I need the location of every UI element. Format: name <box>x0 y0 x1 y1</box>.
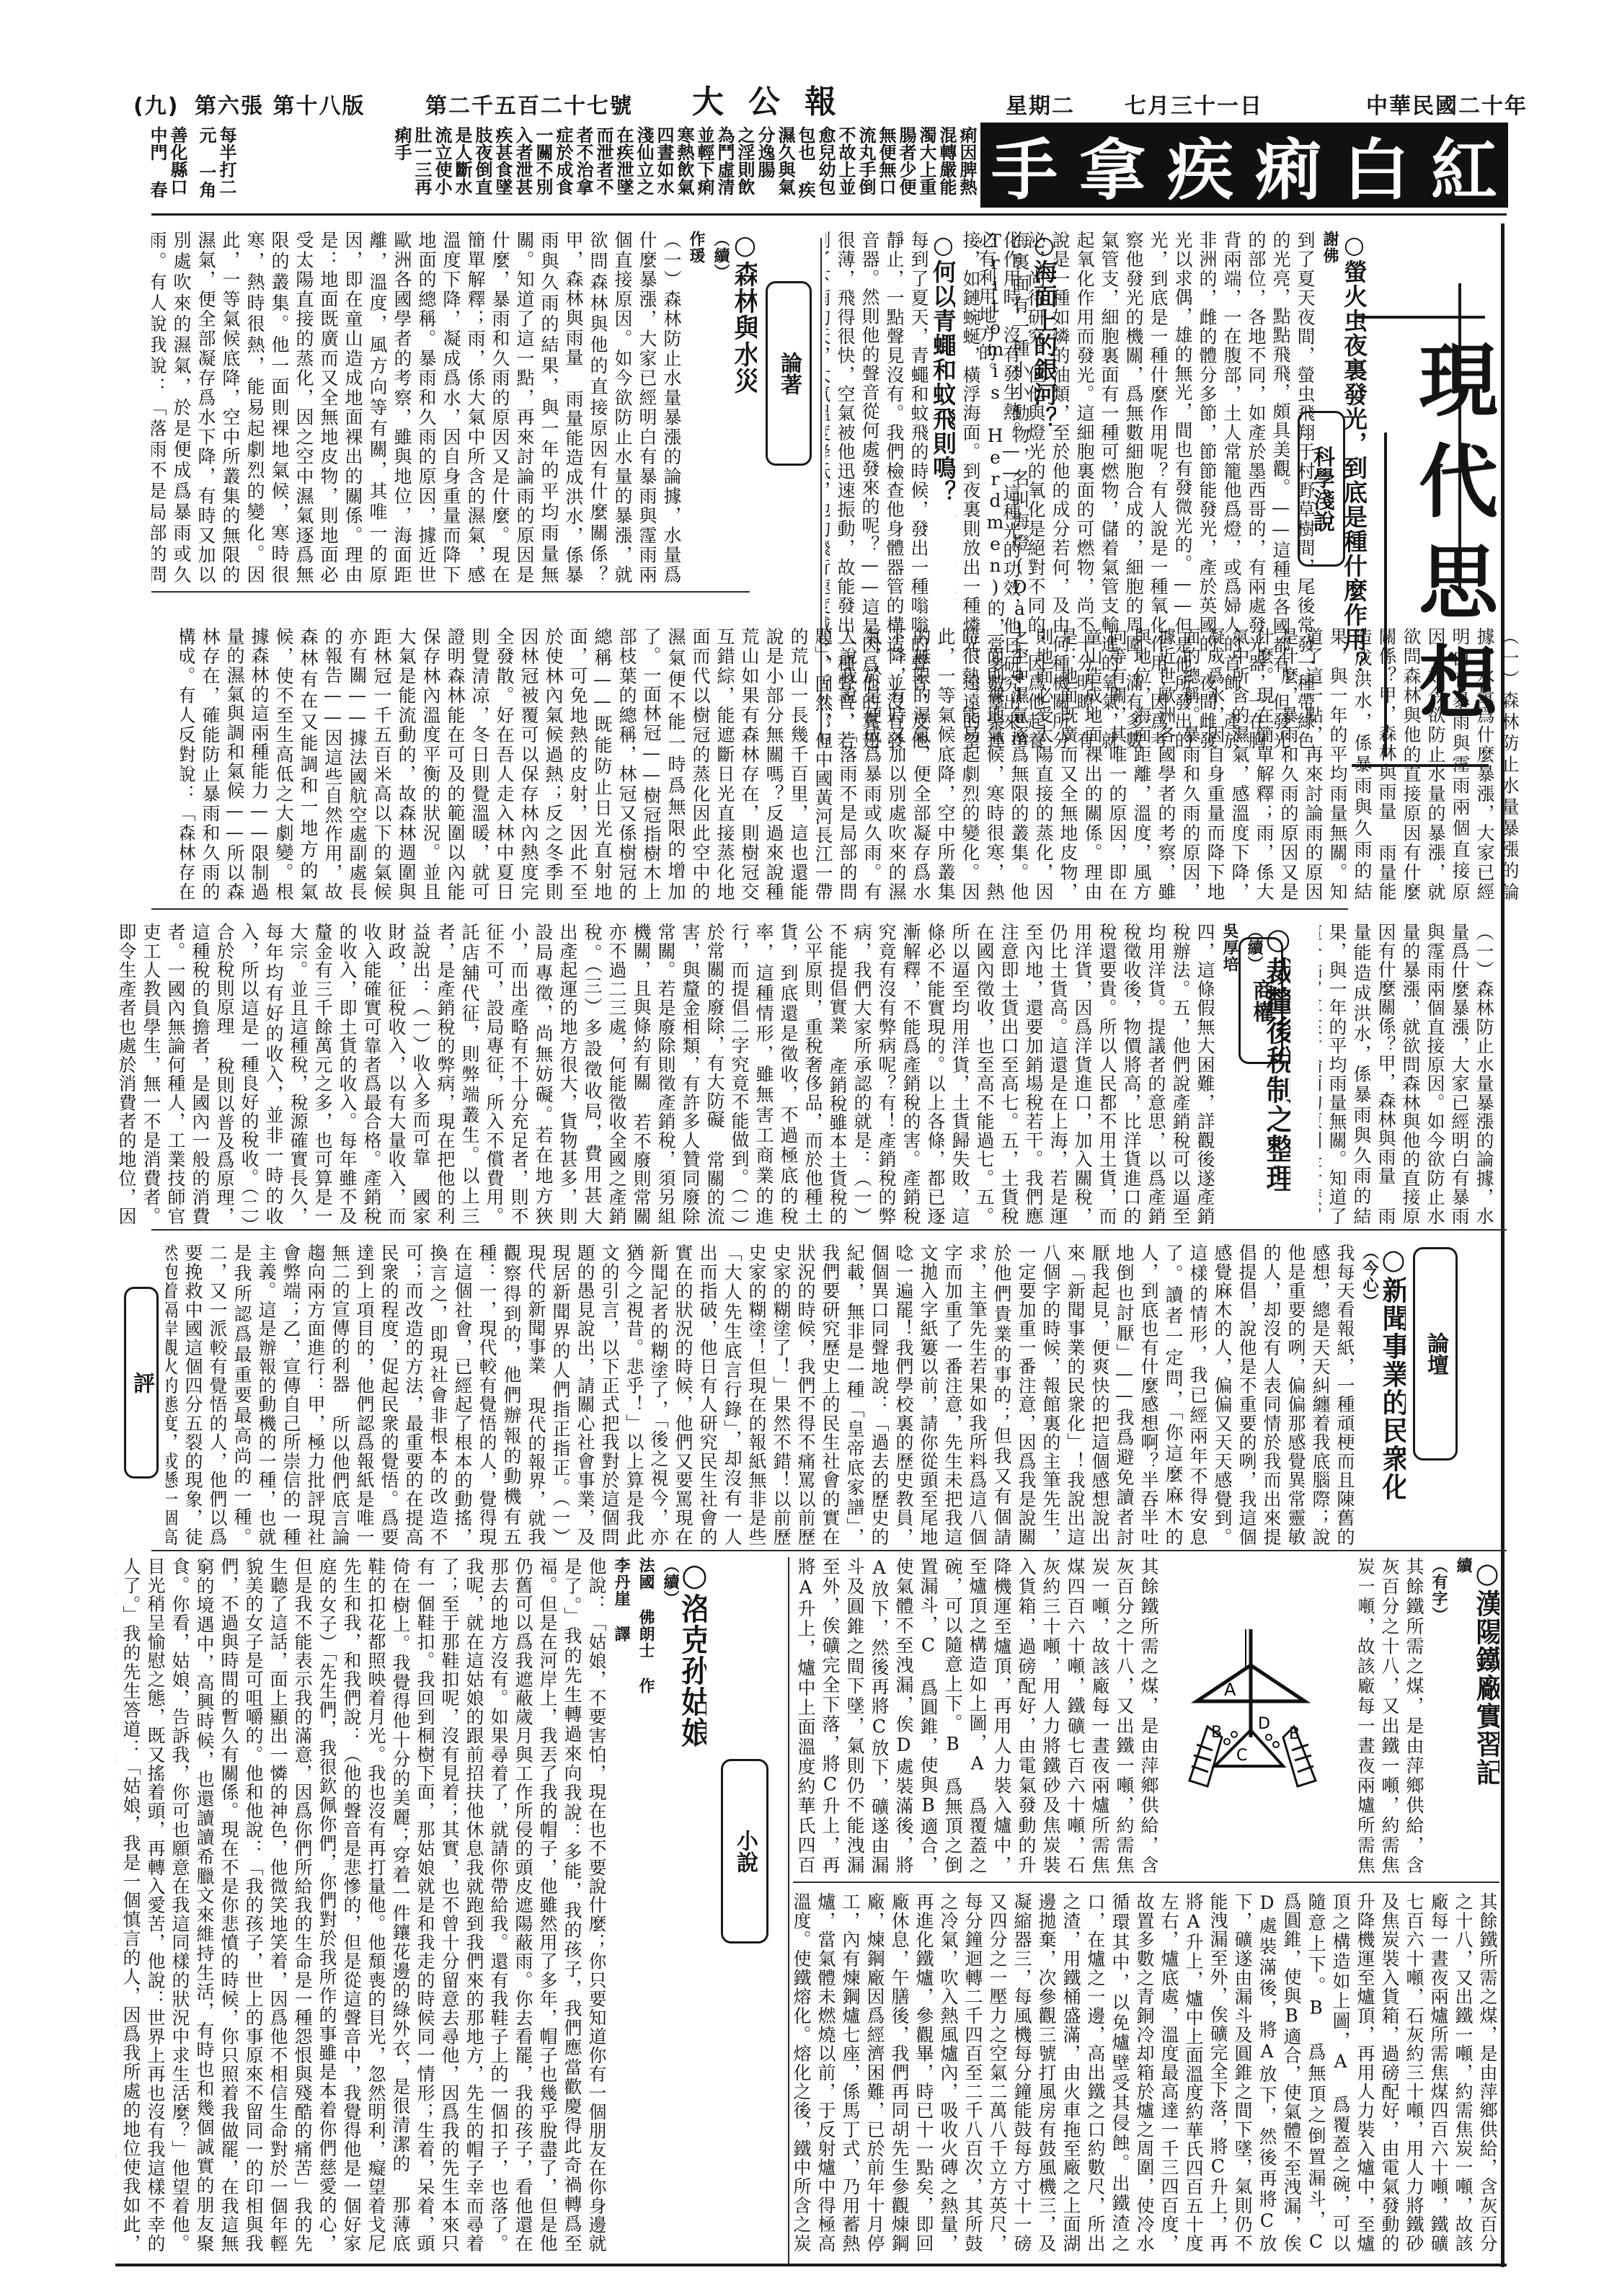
hanyang-row-divider <box>793 1881 1499 1883</box>
article-forest-tail: （一）森林防止水量暴漲的論據，水量爲什麼暴漲，大家已經明白有暴雨與霪雨兩個直接原… <box>1319 923 1496 1225</box>
article-news-body: 我每天看報紙，一種頑梗而且陳舊的感想，總是天天糾纏着我底腦際；說他是重要的咧，偏… <box>166 1244 1357 1546</box>
diagram-label-d: D <box>1258 1715 1270 1733</box>
article-tax-body: 四，這條假無大困難，詳觀後遂產銷稅辦法。五，他們說產銷稅可以逼至均用洋貨。提議者… <box>115 923 1217 1225</box>
diagram-label-c: C <box>1236 1747 1247 1765</box>
masthead-issue-no: 第二千五百二十七號 <box>425 88 633 120</box>
modern-thought-rule-top <box>1355 316 1485 319</box>
article-hanyang-lower: 其餘鐵所需之煤，是由萍鄉供給，含灰百分之十八，又出鐵一噸，約需焦炭一噸，故該廠每… <box>793 1892 1499 2253</box>
row-divider-3 <box>151 1229 1507 1231</box>
row-divider-2 <box>151 908 1348 910</box>
masthead-edition: (九) <box>133 88 179 120</box>
article-fiction-translator: 李丹崖 譯 <box>608 1557 633 2253</box>
article-hanyang-headline: ○漢陽鐵廠實習記 <box>1475 1557 1499 1874</box>
article-forest-body: （一）森林防止水量暴漲的論據，水量爲什麼暴漲，大家已經明白有暴雨與霪雨兩個直接原… <box>151 231 683 584</box>
blast-furnace-top-diagram: A C B D B <box>1168 1600 1355 1788</box>
bottom-border-rule <box>115 2264 1507 2266</box>
article-forest-byline: 作瑗 <box>683 231 708 584</box>
article-forest-headline: ○森林與水災 <box>732 231 757 584</box>
ad-banner-char: 手 <box>991 118 1058 213</box>
article-forest-flood: ○森林與水災 （續） 作瑗 （一）森林防止水量暴漲的論據，水量爲什麼暴漲，大家已… <box>151 231 757 584</box>
masthead-date-roc: 中華民國二十年 <box>1366 88 1528 120</box>
article-fiction-author: 法國 佛朗士 作 <box>633 1557 657 2253</box>
row-divider-4 <box>151 1550 1507 1551</box>
article-hanyang-continued-block: 其餘鐵所需之煤，是由萍鄉供給，含灰百分之十八，又出鐵一噸，約需焦炭一噸，故該廠每… <box>793 1557 1161 1874</box>
ad-banner-char: 拿 <box>1079 118 1145 213</box>
ad-banner-char: 痢 <box>1255 118 1321 213</box>
article-news-headline: ○新聞事業的民衆化 <box>1381 1244 1406 1546</box>
article-hanyang-head: ○漢陽鐵廠實習記 續 （有字） 其餘鐵所需之煤，是由萍鄉供給，含灰百分之十八，又… <box>1359 1557 1499 1874</box>
paper-name: 大公報 <box>692 83 861 115</box>
article-forest-tail-text: （一）森林防止水量暴漲的論據，水量爲什麼暴漲，大家已經明白有暴雨與霪雨兩個直接原… <box>1319 923 1496 1225</box>
article-forest-continued-block: （一）森林防止水量暴漲的論據，水量爲什麼暴漲，大家已經明白有暴雨與霪雨兩個直接原… <box>180 627 1521 901</box>
ad-banner-char: 紅 <box>1431 118 1497 213</box>
article-hanyang-body-lower: 其餘鐵所需之煤，是由萍鄉供給，含灰百分之十八，又出鐵一噸，約需焦炭一噸，故該廠每… <box>793 1892 1499 2253</box>
masthead-date-md: 七月三十一日 <box>1125 88 1263 120</box>
treatise-tag: 論著 <box>766 281 812 466</box>
ad-seller: 善化縣口 中門 春 <box>137 126 187 207</box>
article-fiction: ○洛克孙姑娘 （續） 法國 佛朗士 作 李丹崖 譯 他說：「姑娘，不要害怕，現在… <box>115 1557 706 2253</box>
forum-side-tag: 評 <box>124 1287 159 1479</box>
forum-tag: 論壇 <box>1413 1247 1458 1461</box>
article-fiction-headline: ○洛克孙姑娘 <box>682 1557 706 2253</box>
article-fiction-body: 他說：「姑娘，不要害怕，現在也不要說什麼；你只要知道你有一個朋友在你身邊就是了。… <box>115 1557 608 2253</box>
article-tax-byline: 吳厚培 <box>1217 923 1241 1225</box>
article-hanyang-body: 其餘鐵所需之煤，是由萍鄉供給，含灰百分之十八，又出鐵一噸，約需焦炭一噸，故該廠每… <box>1359 1557 1426 1874</box>
ad-banner-char: 疾 <box>1167 118 1233 213</box>
top-divider <box>151 213 1507 216</box>
ad-banner-char: 白 <box>1343 118 1409 213</box>
article-tax-reform: ○裁釐後稅制之整理 （續） 吳厚培 四，這條假無大困難，詳觀後遂產銷稅辦法。五，… <box>115 923 1290 1225</box>
article-forest-continued: （續） <box>708 231 732 584</box>
ad-price: 每半打二元 一角 <box>193 126 236 207</box>
ad-banner-red-white-dysentery: 紅 白 痢 疾 拿 手 <box>980 123 1508 208</box>
article-forest-body-cont: （一）森林防止水量暴漲的論據，水量爲什麼暴漲，大家已經明白有暴雨與霪雨兩個直接原… <box>180 627 1521 901</box>
ad-body-text: 痢因脾熱混轉嚴能濁大上重腸者少便無便無口流丸手倒不故上並愈兒幼包包也 疾濕久與氣… <box>260 126 977 207</box>
article-hanyang-byline: （有字） <box>1426 1557 1450 1874</box>
row-divider-1 <box>151 591 750 593</box>
masthead-weekday: 星期二 <box>1006 88 1075 120</box>
masthead-page-info: 第六張 第十八版 <box>195 88 365 120</box>
fiction-tag: 小說 <box>721 1759 768 1943</box>
column-divider-fiction <box>788 1557 789 2264</box>
article-news-popularization: ○新聞事業的民衆化 （今心） 我每天看報紙，一種頑梗而且陳舊的感想，總是天天糾纏… <box>166 1244 1406 1546</box>
article-tax-headline: ○裁釐後稅制之整理 <box>1266 923 1290 1225</box>
diagram-label-a: A <box>1224 1680 1236 1700</box>
article-hanyang-body-cont: 其餘鐵所需之煤，是由萍鄉供給，含灰百分之十八，又出鐵一噸，約需焦炭一噸，故該廠每… <box>793 1557 1161 1874</box>
